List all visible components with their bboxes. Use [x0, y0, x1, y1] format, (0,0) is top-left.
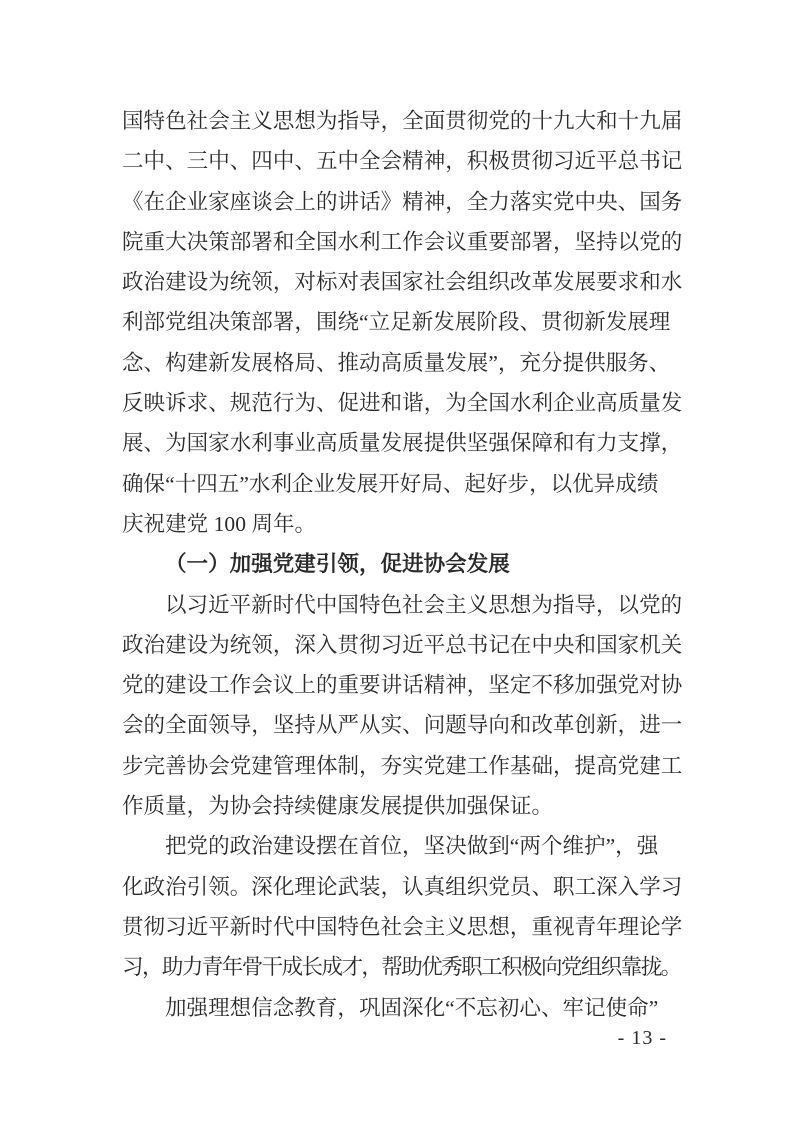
text-line: 会的全面领导，坚持从严从实、问题导向和改革创新，进一	[122, 705, 684, 745]
text-line: 国特色社会主义思想为指导，全面贯彻党的十九大和十九届	[122, 101, 684, 141]
text-line: 政治建设为统领，对标对表国家社会组织改革发展要求和水	[122, 262, 684, 302]
text-line: 习，助力青年骨干成长成才，帮助优秀职工积极向党组织靠拢。	[122, 947, 684, 987]
text-block: 国特色社会主义思想为指导，全面贯彻党的十九大和十九届二中、三中、四中、五中全会精…	[122, 101, 684, 1028]
text-line: 念、构建新发展格局、推动高质量发展”，充分提供服务、	[122, 343, 684, 383]
page-number: - 13 -	[618, 1026, 667, 1050]
text-line: 反映诉求、规范行为、促进和谐，为全国水利企业高质量发	[122, 383, 684, 423]
text-line: 步完善协会党建管理体制，夯实党建工作基础，提高党建工	[122, 746, 684, 786]
section-heading: （一）加强党建引领，促进协会发展	[122, 544, 684, 584]
text-line: 贯彻习近平新时代中国特色社会主义思想，重视青年理论学	[122, 907, 684, 947]
text-line: 利部党组决策部署，围绕“立足新发展阶段、贯彻新发展理	[122, 302, 684, 342]
text-line: 《在企业家座谈会上的讲话》精神，全力落实党中央、国务	[122, 182, 684, 222]
text-line: 庆祝建党 100 周年。	[122, 504, 684, 544]
text-line: 二中、三中、四中、五中全会精神，积极贯彻习近平总书记	[122, 141, 684, 181]
text-line: 政治建设为统领，深入贯彻习近平总书记在中央和国家机关	[122, 625, 684, 665]
text-line: 确保“十四五”水利企业发展开好局、起好步，以优异成绩	[122, 464, 684, 504]
text-line: 把党的政治建设摆在首位，坚决做到“两个维护”，强	[122, 826, 684, 866]
text-line: 加强理想信念教育，巩固深化“不忘初心、牢记使命”	[122, 988, 684, 1028]
text-line: 作质量，为协会持续健康发展提供加强保证。	[122, 786, 684, 826]
text-line: 展、为国家水利事业高质量发展提供坚强保障和有力支撑，	[122, 423, 684, 463]
text-line: 院重大决策部署和全国水利工作会议重要部署，坚持以党的	[122, 222, 684, 262]
text-line: 化政治引领。深化理论武装，认真组织党员、职工深入学习	[122, 867, 684, 907]
text-line: 以习近平新时代中国特色社会主义思想为指导，以党的	[122, 585, 684, 625]
text-line: 党的建设工作会议上的重要讲话精神，坚定不移加强党对协	[122, 665, 684, 705]
document-page: 国特色社会主义思想为指导，全面贯彻党的十九大和十九届二中、三中、四中、五中全会精…	[0, 0, 800, 1131]
